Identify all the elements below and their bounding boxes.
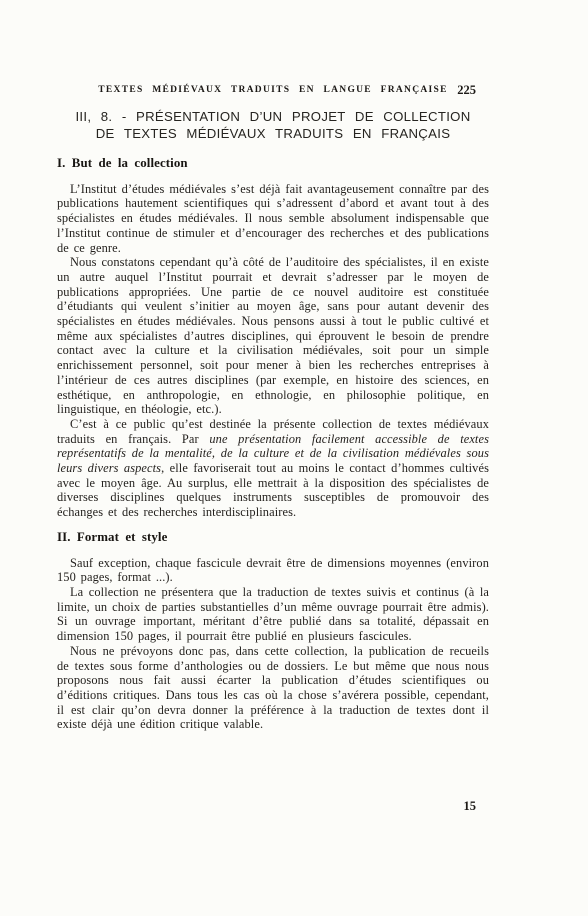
paragraph: C’est à ce public qu’est destinée la pré… [57,417,489,520]
paragraph: Sauf exception, chaque fascicule devrait… [57,556,489,585]
scanned-document-page: TEXTES MÉDIÉVAUX TRADUITS EN LANGUE FRAN… [0,0,588,916]
text-segment: Sauf exception, chaque fascicule devrait… [57,556,489,585]
text-segment: Nous ne prévoyons donc pas, dans cette c… [57,644,489,732]
text-body: I. But de la collectionL’Institut d’étud… [57,156,489,732]
header-page-number: 225 [416,83,476,98]
paragraph: Nous constatons cependant qu’à côté de l… [57,255,489,417]
paragraph: Nous ne prévoyons donc pas, dans cette c… [57,644,489,732]
paragraph: La collection ne présentera que la tradu… [57,585,489,644]
document-title: III, 8. - PRÉSENTATION D’UN PROJET DE CO… [57,109,489,142]
title-line-1: III, 8. - PRÉSENTATION D’UN PROJET DE CO… [57,109,489,126]
section-heading: II. Format et style [57,530,489,545]
text-segment: L’Institut d’études médiévales s’est déj… [57,182,489,255]
title-line-2: DE TEXTES MÉDIÉVAUX TRADUITS EN FRANÇAIS [57,126,489,143]
running-title: TEXTES MÉDIÉVAUX TRADUITS EN LANGUE FRAN… [98,85,447,95]
section-heading: I. But de la collection [57,156,489,171]
text-segment: Nous constatons cependant qu’à côté de l… [57,255,489,416]
paragraph: L’Institut d’études médiévales s’est déj… [57,182,489,256]
footer-page-number: 15 [416,799,476,814]
text-segment: La collection ne présentera que la tradu… [57,585,489,643]
